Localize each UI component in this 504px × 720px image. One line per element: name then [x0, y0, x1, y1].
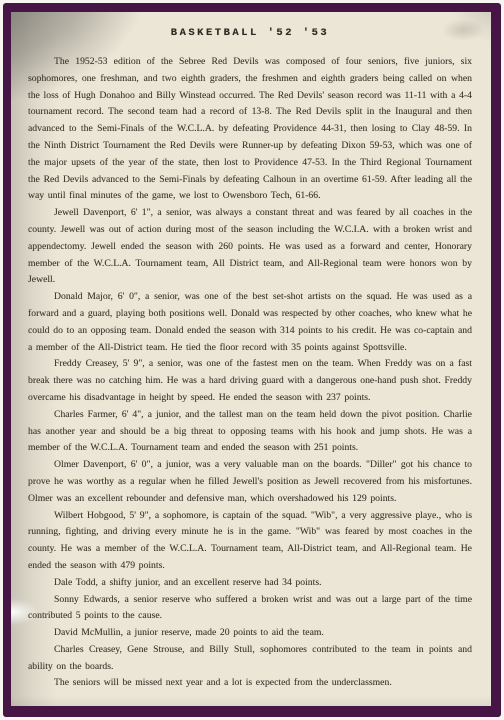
paragraph: Olmer Davenport, 6' 0", a junior, was a …	[28, 457, 472, 507]
paragraph: The 1952-53 edition of the Sebree Red De…	[28, 54, 472, 205]
yearbook-page: BASKETBALL '52 '53 The 1952-53 edition o…	[11, 12, 491, 706]
paragraph: The seniors will be missed next year and…	[28, 675, 472, 692]
paragraph: Sonny Edwards, a senior reserve who suff…	[28, 592, 472, 626]
page-title: BASKETBALL '52 '53	[28, 27, 472, 39]
paragraph: Charles Farmer, 6' 4", a junior, and the…	[28, 407, 472, 457]
paragraph: Freddy Creasey, 5' 9", a senior, was one…	[28, 356, 472, 406]
document-body: The 1952-53 edition of the Sebree Red De…	[28, 54, 472, 692]
page-content: BASKETBALL '52 '53 The 1952-53 edition o…	[11, 12, 491, 706]
paragraph: Charles Creasey, Gene Strouse, and Billy…	[28, 642, 472, 676]
paragraph: Dale Todd, a shifty junior, and an excel…	[28, 575, 472, 592]
paragraph: David McMullin, a junior reserve, made 2…	[28, 625, 472, 642]
paragraph: Jewell Davenport, 6' 1", a senior, was a…	[28, 205, 472, 289]
paragraph: Donald Major, 6' 0", a senior, was one o…	[28, 289, 472, 356]
scanned-page-photo: BASKETBALL '52 '53 The 1952-53 edition o…	[0, 0, 504, 720]
paragraph: Wilbert Hobgood, 5' 9", a sophomore, is …	[28, 508, 472, 575]
